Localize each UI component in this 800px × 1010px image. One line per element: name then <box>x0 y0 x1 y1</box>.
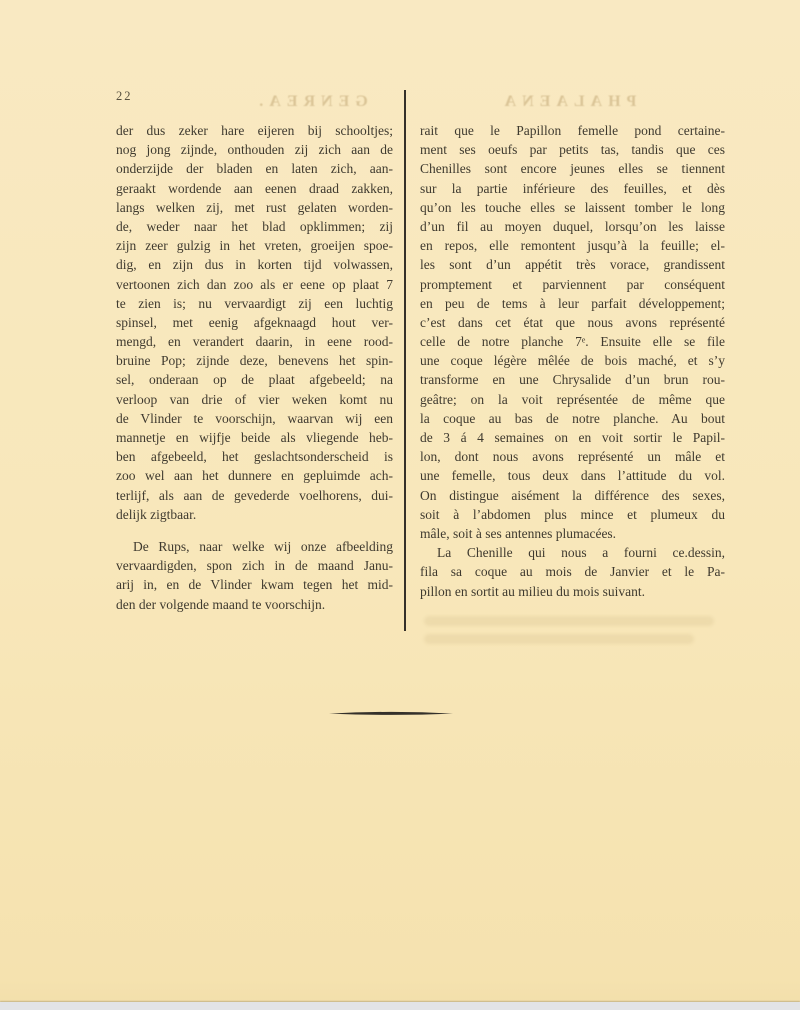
text-line: c’est dans cet état que nous avons repré… <box>420 313 725 332</box>
text-line: une coque légère mêlée de bois maché, et… <box>420 351 725 370</box>
show-through-text: GENREA. <box>228 93 393 111</box>
text-line: ment ses oeufs par petits tas, tandis qu… <box>420 140 725 159</box>
text-line: De Rups, naar welke wij onze afbeelding <box>116 537 393 556</box>
text-line: rait que le Papillon femelle pond certai… <box>420 121 725 140</box>
page-number: 22 <box>116 89 133 104</box>
text-line: On distingue aisément la différence des … <box>420 486 725 505</box>
text-line: en repos, elle remontent jusqu’à la feui… <box>420 236 725 255</box>
text-line: verloop van drie of vier weken komt nu <box>116 390 393 409</box>
text-line: lon, dont nous avons représenté un mâle … <box>420 447 725 466</box>
text-line: fila sa coque au mois de Janvier et le P… <box>420 562 725 581</box>
text-line: en peu de tems à leur parfait développem… <box>420 294 725 313</box>
text-line: zoo wel aan het dunnere en gepluimde ach… <box>116 466 393 485</box>
text-line: nog jong zijnde, onthouden zij zich aan … <box>116 140 393 159</box>
book-page: 22 GENREA. PHALAENA der dus zeker hare e… <box>0 0 800 1010</box>
text-line: mâle, soit à ses antennes plumacées. <box>420 524 725 543</box>
text-line: de Vlinder te voorschijn, waarvan wij ee… <box>116 409 393 428</box>
text-line: bruine Pop; zijnde deze, benevens het sp… <box>116 351 393 370</box>
text-line: vertoonen zich dan zoo als er eene op pl… <box>116 275 393 294</box>
text-line: de 3 á 4 semaines on en voit sortir le P… <box>420 428 725 447</box>
text-line: vervaardigden, spon zich in de maand Jan… <box>116 556 393 575</box>
column-divider-rule <box>404 90 406 631</box>
show-through-line <box>424 616 714 626</box>
text-line: te zien is; nu vervaardigt zij een lucht… <box>116 294 393 313</box>
text-line: langs welken zij, met rust gelaten worde… <box>116 198 393 217</box>
text-line: mannetje en wijfje beide als vliegende h… <box>116 428 393 447</box>
text-line: soit à l’abdomen plus mince et plumeux d… <box>420 505 725 524</box>
text-line: den der volgende maand te voorschijn. <box>116 595 393 614</box>
text-line: geraakt wordende aan eenen draad zakken, <box>116 179 393 198</box>
text-line: La Chenille qui nous a fourni ce.dessin, <box>420 543 725 562</box>
right-column-french-text: rait que le Papillon femelle pond certai… <box>420 121 725 601</box>
text-line: qu’on les touche elles se laissent tombe… <box>420 198 725 217</box>
text-line: d’un fil au moyen duquel, lorsqu’on les … <box>420 217 725 236</box>
paragraph: rait que le Papillon femelle pond certai… <box>420 121 725 543</box>
text-line: zijn zeer gulzig in het vreten, groeijen… <box>116 236 393 255</box>
text-line: mengd, en verandert daarin, in eene rood… <box>116 332 393 351</box>
text-line: Chenilles sont encore jeunes elles se ti… <box>420 159 725 178</box>
section-end-rule <box>329 711 453 717</box>
show-through-text: PHALAENA <box>430 93 705 111</box>
text-line: spinsel, met eenig afgeknaagd hout ver- <box>116 313 393 332</box>
text-line: dig, en zijn dus in korten tijd volwasse… <box>116 255 393 274</box>
text-line: promptement et parviennent par conséquen… <box>420 275 725 294</box>
paragraph: der dus zeker hare eijeren bij schooltje… <box>116 121 393 524</box>
text-line: une femelle, tous deux dans l’attitude d… <box>420 466 725 485</box>
text-line: celle de notre planche 7ᵉ. Ensuite elle … <box>420 332 725 351</box>
text-line: pillon en sortit au milieu du mois suiva… <box>420 582 725 601</box>
text-line: la coque au bas de notre planche. Au bou… <box>420 409 725 428</box>
scan-edge-strip <box>0 1002 800 1010</box>
text-line: sur la partie inférieure des feuilles, e… <box>420 179 725 198</box>
paragraph: La Chenille qui nous a fourni ce.dessin,… <box>420 543 725 601</box>
text-line: transforme en une Chrysalide d’un brun r… <box>420 370 725 389</box>
text-line: arij in, en de Vlinder kwam tegen het mi… <box>116 575 393 594</box>
text-line: ben afgebeeld, het geslachtsonderscheid … <box>116 447 393 466</box>
text-line: terlijf, als aan de gevederde voelhorens… <box>116 486 393 505</box>
text-line: onderzijde der bladen en laten zich, aan… <box>116 159 393 178</box>
text-line: sel, onderaan op de plaat afgebeeld; na <box>116 370 393 389</box>
text-line: geâtre; on la voit représentée de même q… <box>420 390 725 409</box>
paragraph: De Rups, naar welke wij onze afbeeldingv… <box>116 537 393 614</box>
show-through-line <box>424 634 694 644</box>
left-column-dutch-text: der dus zeker hare eijeren bij schooltje… <box>116 121 393 614</box>
text-line: les sont d’un appétit très vorace, grand… <box>420 255 725 274</box>
text-line: delijk zigtbaar. <box>116 505 393 524</box>
text-line: de, weder naar het blad opklimmen; zij <box>116 217 393 236</box>
text-line: der dus zeker hare eijeren bij schooltje… <box>116 121 393 140</box>
